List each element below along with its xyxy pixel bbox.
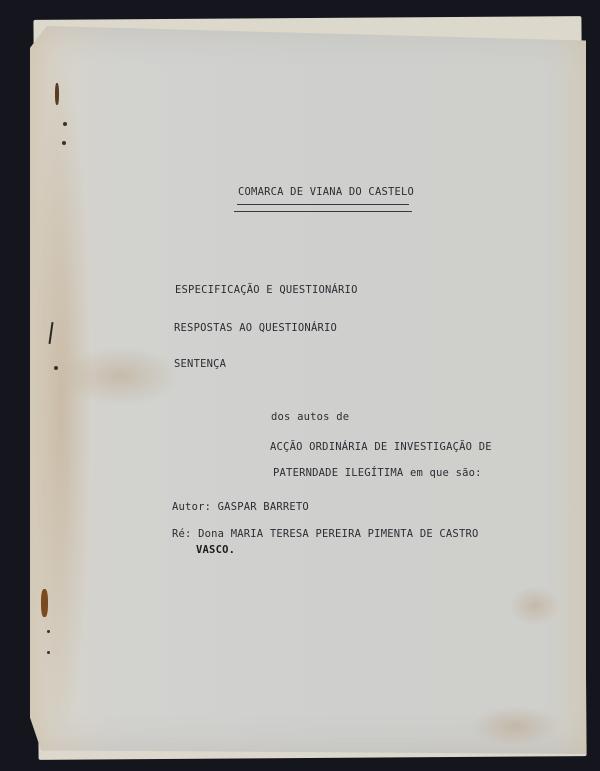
punch-hole — [47, 651, 50, 654]
action-title-line-1: ACÇÃO ORDINÁRIA DE INVESTIGAÇÃO DE — [270, 441, 492, 453]
contents-item-specification: ESPECIFICAÇÃO E QUESTIONÁRIO — [175, 284, 358, 296]
paper-sheet: COMARCA DE VIANA DO CASTELO ESPECIFICAÇÃ… — [30, 26, 586, 754]
action-title-line-2: PATERNDADE ILEGÍTIMA em que são: — [273, 467, 482, 479]
heading-underline-1 — [237, 204, 409, 205]
heading-underline-2 — [234, 211, 412, 212]
defendant-line-2: VASCO. — [196, 544, 235, 556]
spot-stain — [510, 586, 560, 626]
corner-stain — [470, 706, 560, 746]
punch-hole — [47, 630, 50, 633]
punch-hole — [54, 366, 58, 370]
plaintiff-line: Autor: GASPAR BARRETO — [172, 501, 309, 513]
staple-rust-top — [55, 83, 59, 105]
edge-stain — [32, 66, 92, 746]
contents-item-sentence: SENTENÇA — [174, 358, 226, 370]
staple-rust-bottom — [41, 589, 48, 617]
scanned-document-photo: COMARCA DE VIANA DO CASTELO ESPECIFICAÇÃ… — [0, 0, 600, 771]
contents-item-answers: RESPOSTAS AO QUESTIONÁRIO — [174, 322, 337, 334]
punch-hole — [62, 141, 66, 145]
defendant-line-1: Ré: Dona MARIA TERESA PEREIRA PIMENTA DE… — [172, 528, 479, 540]
court-heading: COMARCA DE VIANA DO CASTELO — [238, 186, 414, 198]
water-stain — [60, 346, 180, 406]
intro-line: dos autos de — [271, 411, 349, 423]
punch-hole — [63, 122, 67, 126]
